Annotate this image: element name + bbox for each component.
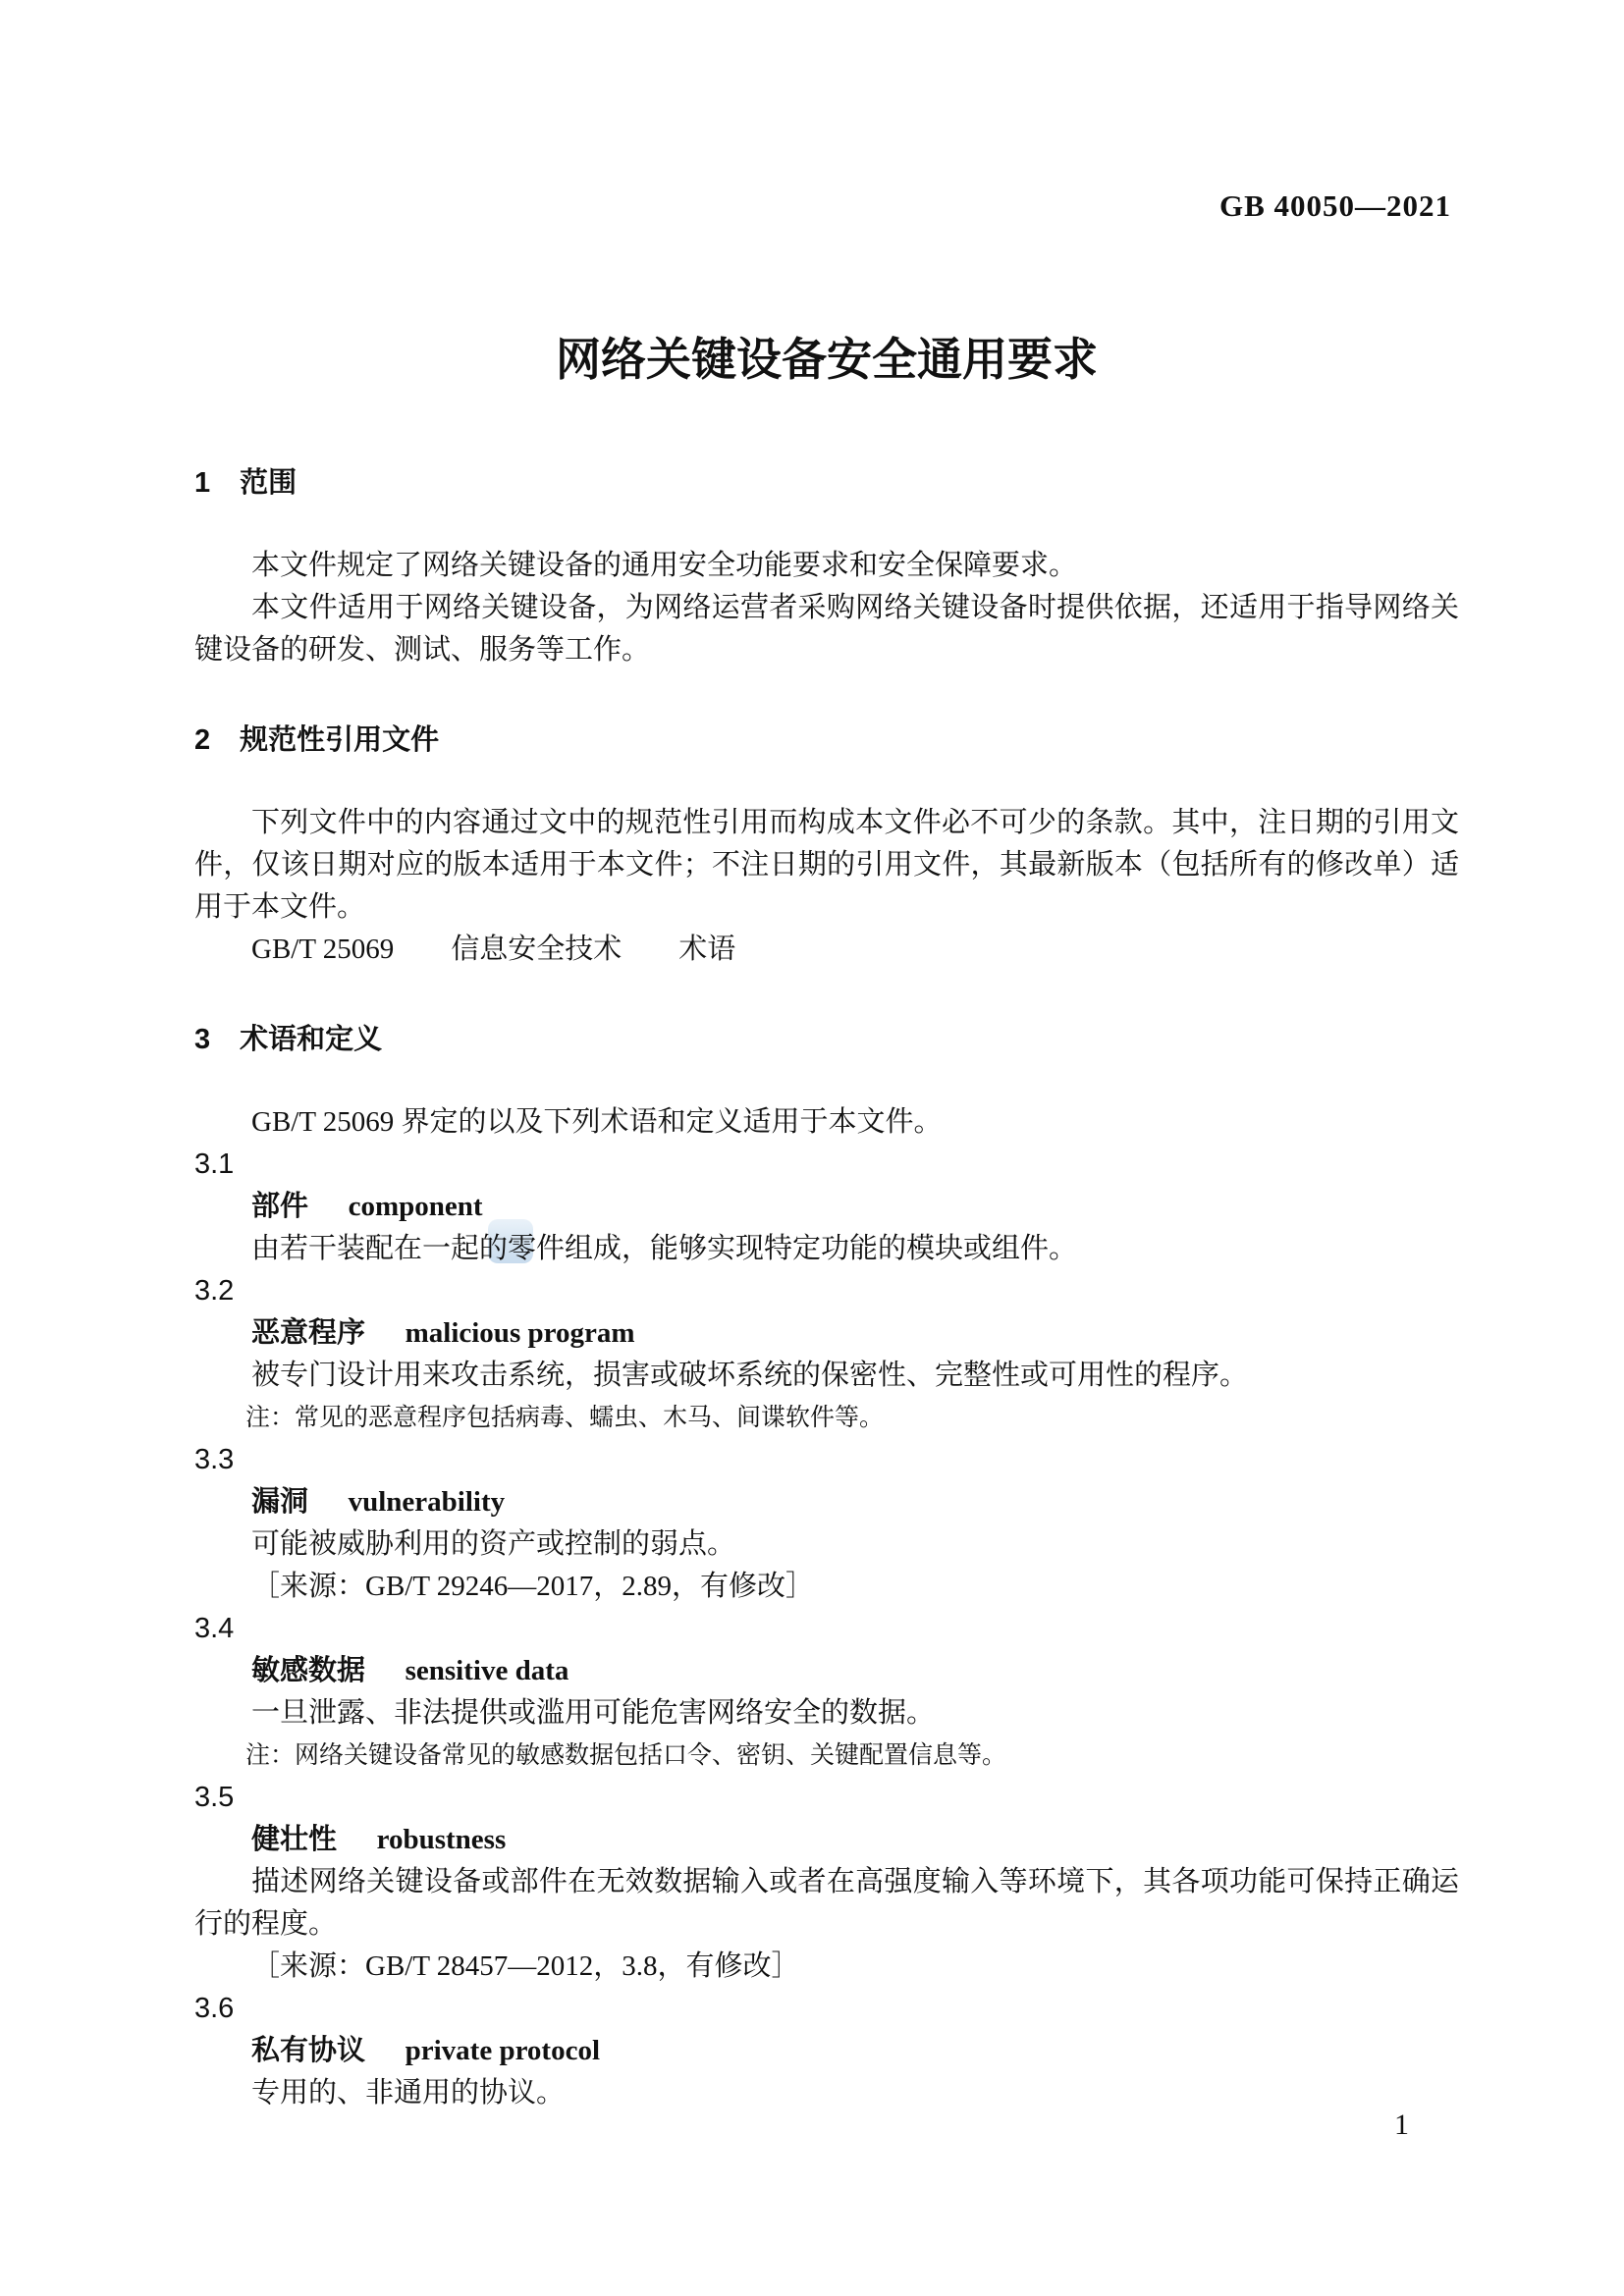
section-number: 2 bbox=[194, 720, 210, 762]
term-name-en: private protocol bbox=[406, 2035, 600, 2066]
section-heading-references: 2规范性引用文件 bbox=[194, 720, 1459, 762]
term-malicious-program: 3.2 恶意程序malicious program 被专门设计用来攻击系统，损害… bbox=[194, 1270, 1459, 1439]
term-id: 3.4 bbox=[194, 1608, 1459, 1650]
section-heading-scope: 1范围 bbox=[194, 462, 1459, 505]
term-definition: 被专门设计用来攻击系统，损害或破坏系统的保密性、完整性或可用性的程序。 bbox=[194, 1355, 1459, 1397]
term-id: 3.3 bbox=[194, 1439, 1459, 1481]
term-id: 3.2 bbox=[194, 1270, 1459, 1312]
section-number: 3 bbox=[194, 1019, 210, 1061]
term-name: 漏洞vulnerability bbox=[251, 1481, 1459, 1523]
term-name-zh: 健壮性 bbox=[251, 1824, 337, 1855]
term-name-zh: 私有协议 bbox=[251, 2035, 365, 2066]
section-terms-definitions: 3术语和定义 GB/T 25069 界定的以及下列术语和定义适用于本文件。 3.… bbox=[194, 1019, 1459, 2114]
term-note: 注：常见的恶意程序包括病毒、蠕虫、木马、间谍软件等。 bbox=[245, 1397, 1459, 1439]
term-note: 注：网络关键设备常见的敏感数据包括口令、密钥、关键配置信息等。 bbox=[245, 1735, 1459, 1777]
section-title: 术语和定义 bbox=[240, 1024, 382, 1055]
term-definition: 描述网络关键设备或部件在无效数据输入或者在高强度输入等环境下，其各项功能可保持正… bbox=[194, 1861, 1459, 1946]
term-name-zh: 敏感数据 bbox=[251, 1655, 365, 1686]
term-id: 3.1 bbox=[194, 1144, 1459, 1186]
term-component: 3.1 部件component 由若干装配在一起的零件组成，能够实现特定功能的模… bbox=[194, 1144, 1459, 1270]
paragraph: 下列文件中的内容通过文中的规范性引用而构成本文件必不可少的条款。其中，注日期的引… bbox=[194, 802, 1459, 929]
section-title: 范围 bbox=[240, 467, 297, 499]
term-id: 3.5 bbox=[194, 1777, 1459, 1819]
section-scope: 1范围 本文件规定了网络关键设备的通用安全功能要求和安全保障要求。 本文件适用于… bbox=[194, 462, 1459, 671]
term-name-en: vulnerability bbox=[349, 1486, 506, 1518]
term-source: ［来源：GB/T 29246—2017，2.89，有修改］ bbox=[194, 1566, 1459, 1608]
term-name: 恶意程序malicious program bbox=[251, 1312, 1459, 1355]
term-sensitive-data: 3.4 敏感数据sensitive data 一旦泄露、非法提供或滥用可能危害网… bbox=[194, 1608, 1459, 1777]
section-heading-terms: 3术语和定义 bbox=[194, 1019, 1459, 1061]
paragraph: 本文件规定了网络关键设备的通用安全功能要求和安全保障要求。 bbox=[194, 545, 1459, 587]
reference-entry: GB/T 25069 信息安全技术 术语 bbox=[194, 929, 1459, 971]
section-normative-references: 2规范性引用文件 下列文件中的内容通过文中的规范性引用而构成本文件必不可少的条款… bbox=[194, 720, 1459, 971]
document-content: 网络关键设备安全通用要求 1范围 本文件规定了网络关键设备的通用安全功能要求和安… bbox=[194, 0, 1459, 2114]
term-definition: 由若干装配在一起的零件组成，能够实现特定功能的模块或组件。 bbox=[194, 1228, 1459, 1270]
term-private-protocol: 3.6 私有协议private protocol 专用的、非通用的协议。 bbox=[194, 1988, 1459, 2114]
term-source: ［来源：GB/T 28457—2012，3.8，有修改］ bbox=[194, 1946, 1459, 1988]
document-title: 网络关键设备安全通用要求 bbox=[194, 331, 1459, 388]
term-definition: 一旦泄露、非法提供或滥用可能危害网络安全的数据。 bbox=[194, 1692, 1459, 1735]
term-name: 敏感数据sensitive data bbox=[251, 1650, 1459, 1692]
term-name-en: component bbox=[349, 1191, 483, 1222]
section-title: 规范性引用文件 bbox=[240, 724, 439, 756]
term-name-zh: 恶意程序 bbox=[251, 1317, 365, 1349]
term-name: 部件component bbox=[251, 1186, 1459, 1228]
term-robustness: 3.5 健壮性robustness 描述网络关键设备或部件在无效数据输入或者在高… bbox=[194, 1777, 1459, 1988]
term-name-zh: 漏洞 bbox=[251, 1486, 308, 1518]
document-page: GB 40050—2021 网络关键设备安全通用要求 1范围 本文件规定了网络关… bbox=[0, 0, 1624, 2296]
term-name-zh: 部件 bbox=[251, 1191, 308, 1222]
term-name-en: malicious program bbox=[406, 1317, 635, 1349]
term-definition: 可能被威胁利用的资产或控制的弱点。 bbox=[194, 1523, 1459, 1566]
term-name: 健壮性robustness bbox=[251, 1819, 1459, 1861]
page-number: 1 bbox=[1394, 2109, 1409, 2142]
paragraph: 本文件适用于网络关键设备，为网络运营者采购网络关键设备时提供依据，还适用于指导网… bbox=[194, 587, 1459, 671]
term-name-en: sensitive data bbox=[406, 1655, 569, 1686]
term-definition: 专用的、非通用的协议。 bbox=[194, 2072, 1459, 2114]
term-name-en: robustness bbox=[377, 1824, 507, 1855]
term-vulnerability: 3.3 漏洞vulnerability 可能被威胁利用的资产或控制的弱点。 ［来… bbox=[194, 1439, 1459, 1608]
term-id: 3.6 bbox=[194, 1988, 1459, 2030]
terms-intro: GB/T 25069 界定的以及下列术语和定义适用于本文件。 bbox=[194, 1101, 1459, 1144]
term-name: 私有协议private protocol bbox=[251, 2030, 1459, 2072]
section-number: 1 bbox=[194, 462, 210, 505]
